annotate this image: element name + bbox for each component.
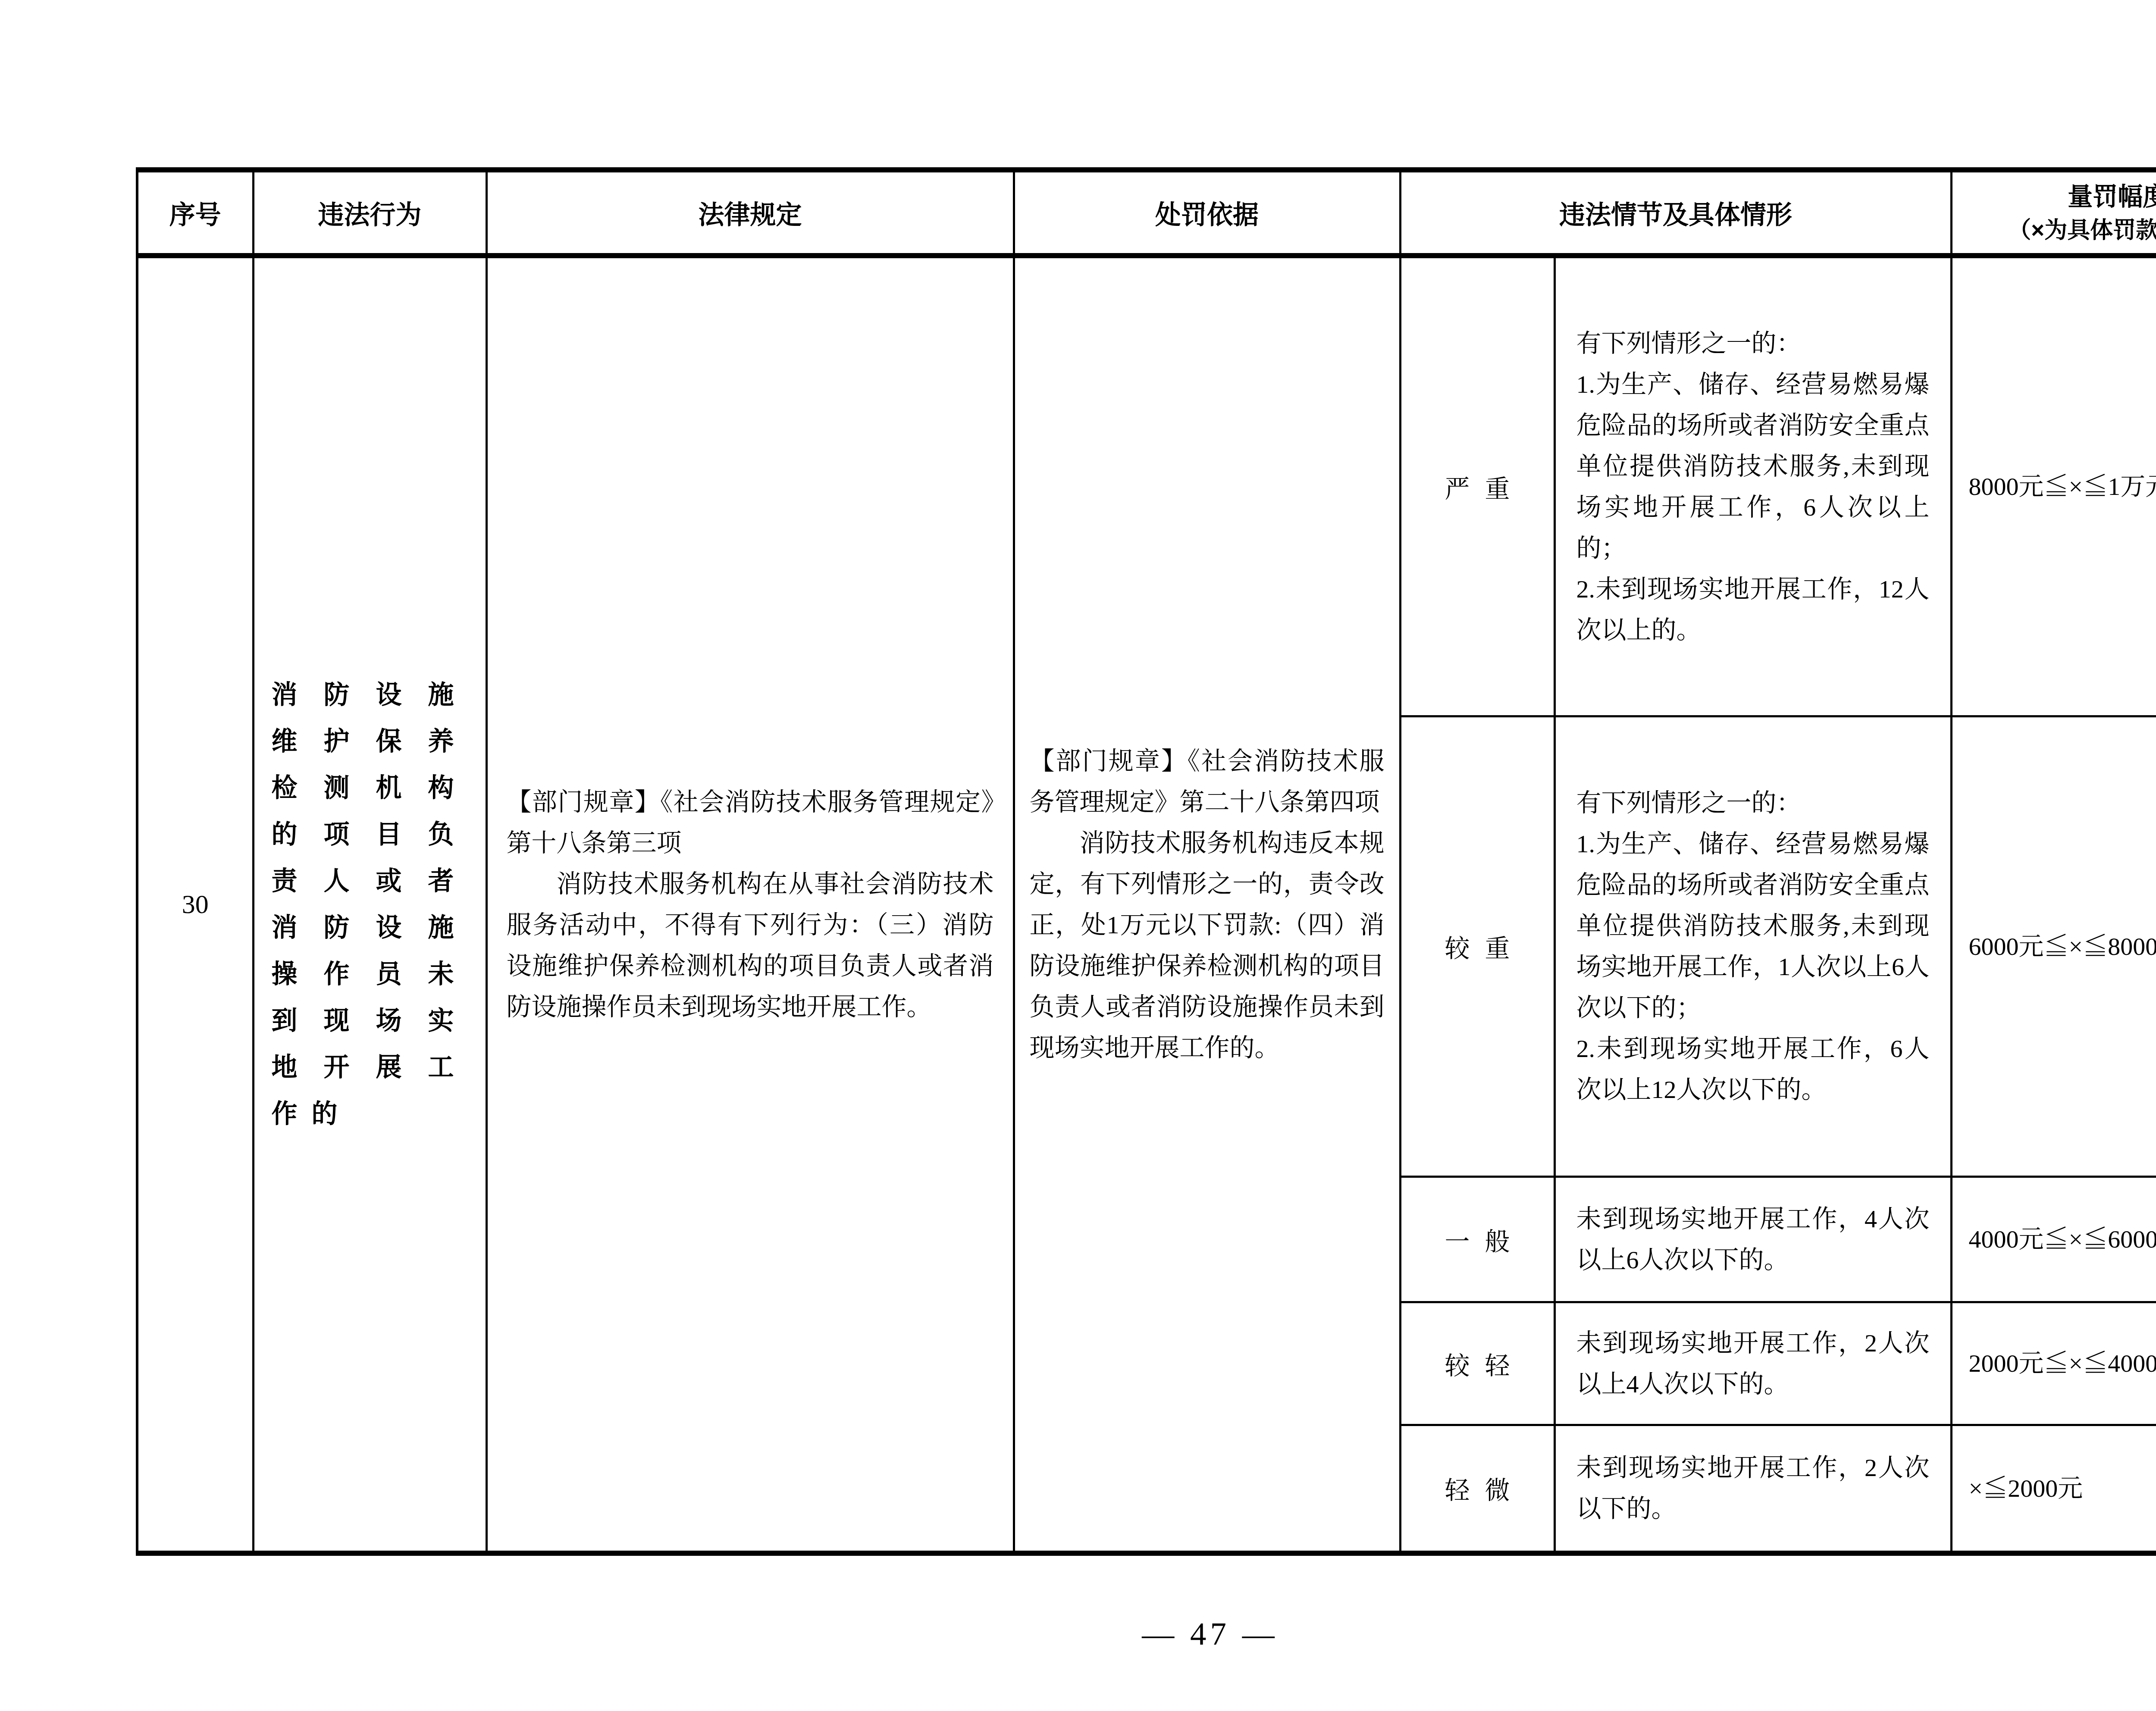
header-index: 序号 xyxy=(137,170,253,256)
document-page: 序号 违法行为 法律规定 处罚依据 违法情节及具体情形 量罚幅度 （×为具体罚款… xyxy=(0,0,2156,1711)
header-penalty-range-title: 量罚幅度 xyxy=(1952,179,2156,215)
circumstance-description: 未到现场实地开展工作，2人次以下的。 xyxy=(1554,1425,1951,1553)
legal-provision-text: 消防技术服务机构在从事社会消防技术服务活动中，不得有下列行为：（三）消防设施维护… xyxy=(507,863,994,1027)
penalty-range-text: 6000元≦×≦8000元 xyxy=(1969,926,2156,967)
circumstance-item: 2.未到现场实地开展工作，6人次以上12人次以下的。 xyxy=(1576,1028,1930,1110)
circumstance-description: 未到现场实地开展工作，4人次以上6人次以下的。 xyxy=(1554,1176,1951,1302)
penalty-range-text: 2000元≦×≦4000元 xyxy=(1969,1343,2156,1384)
header-illegal-behavior: 违法行为 xyxy=(253,170,486,256)
penalty-range-value: 8000元≦×≦1万元 xyxy=(1951,256,2156,716)
severity-label-general: 一般 xyxy=(1400,1176,1554,1302)
severity-label-relatively-serious: 较重 xyxy=(1400,716,1554,1176)
table-header-row: 序号 违法行为 法律规定 处罚依据 违法情节及具体情形 量罚幅度 （×为具体罚款… xyxy=(137,170,2156,256)
circumstance-item: 未到现场实地开展工作，4人次以上6人次以下的。 xyxy=(1576,1198,1930,1280)
penalty-range-value: 6000元≦×≦8000元 xyxy=(1951,716,2156,1176)
cell-legal-provision: 【部门规章】《社会消防技术服务管理规定》第十八条第三项 消防技术服务机构在从事社… xyxy=(486,256,1014,1553)
cell-illegal-behavior: 消防设施维护保养检测机构的项目负责人或者消防设施操作员未到现场实地开展工作的 xyxy=(253,256,486,1553)
circumstance-intro: 有下列情形之一的： xyxy=(1576,323,1930,364)
page-number: — 47 — xyxy=(0,1616,2156,1653)
penalty-range-value: ×≦2000元 xyxy=(1951,1425,2156,1553)
circumstance-intro: 有下列情形之一的： xyxy=(1576,782,1930,823)
header-penalty-range-subtitle: （×为具体罚款金额） xyxy=(1952,215,2156,247)
header-circumstances: 违法情节及具体情形 xyxy=(1400,170,1951,256)
penalty-range-value: 4000元≦×≦6000元 xyxy=(1951,1176,2156,1302)
circumstance-item: 1.为生产、储存、经营易燃易爆危险品的场所或者消防安全重点单位提供消防技术服务,… xyxy=(1576,364,1930,569)
penalty-range-value: 2000元≦×≦4000元 xyxy=(1951,1302,2156,1425)
penalty-basis-text: 消防技术服务机构违反本规定，有下列情形之一的，责令改正，处1万元以下罚款:（四）… xyxy=(1030,823,1385,1068)
cell-penalty-basis: 【部门规章】《社会消防技术服务管理规定》第二十八条第四项 消防技术服务机构违反本… xyxy=(1014,256,1400,1553)
circumstance-description: 未到现场实地开展工作，2人次以上4人次以下的。 xyxy=(1554,1302,1951,1425)
severity-label-serious: 严重 xyxy=(1400,256,1554,716)
penalty-range-text: 4000元≦×≦6000元 xyxy=(1969,1219,2156,1260)
cell-index: 30 xyxy=(137,256,253,1553)
circumstance-description: 有下列情形之一的： 1.为生产、储存、经营易燃易爆危险品的场所或者消防安全重点单… xyxy=(1554,256,1951,716)
legal-provision-citation: 【部门规章】《社会消防技术服务管理规定》第十八条第三项 xyxy=(507,782,994,863)
circumstance-item: 未到现场实地开展工作，2人次以下的。 xyxy=(1576,1447,1930,1529)
header-legal-provision: 法律规定 xyxy=(486,170,1014,256)
penalty-basis-citation: 【部门规章】《社会消防技术服务管理规定》第二十八条第四项 xyxy=(1030,741,1385,823)
penalty-range-text: ×≦2000元 xyxy=(1969,1468,2156,1509)
penalty-range-text: 8000元≦×≦1万元 xyxy=(1969,466,2156,507)
circumstance-description: 有下列情形之一的： 1.为生产、储存、经营易燃易爆危险品的场所或者消防安全重点单… xyxy=(1554,716,1951,1176)
header-penalty-range: 量罚幅度 （×为具体罚款金额） xyxy=(1951,170,2156,256)
circumstance-item: 2.未到现场实地开展工作，12人次以上的。 xyxy=(1576,569,1930,651)
severity-label-minor: 轻微 xyxy=(1400,1425,1554,1553)
circumstance-item: 1.为生产、储存、经营易燃易爆危险品的场所或者消防安全重点单位提供消防技术服务,… xyxy=(1576,823,1930,1028)
circumstance-item: 未到现场实地开展工作，2人次以上4人次以下的。 xyxy=(1576,1323,1930,1404)
severity-label-relatively-light: 较轻 xyxy=(1400,1302,1554,1425)
table-row: 30 消防设施维护保养检测机构的项目负责人或者消防设施操作员未到现场实地开展工作… xyxy=(137,256,2156,716)
penalty-table: 序号 违法行为 法律规定 处罚依据 违法情节及具体情形 量罚幅度 （×为具体罚款… xyxy=(136,167,2156,1556)
header-penalty-basis: 处罚依据 xyxy=(1014,170,1400,256)
